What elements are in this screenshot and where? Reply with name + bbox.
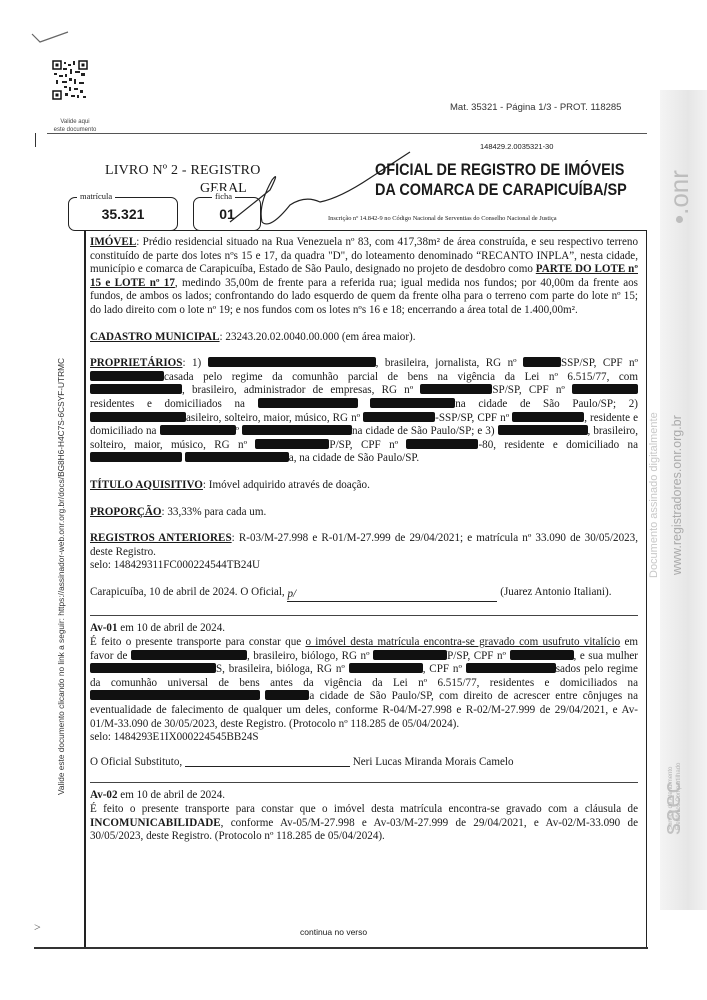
redaction	[90, 371, 164, 381]
section-text: SSP/SP, CPF nº	[561, 357, 638, 369]
watermark-url: www.registradores.onr.org.br	[670, 415, 684, 575]
redaction	[90, 663, 216, 673]
redaction	[523, 357, 561, 367]
section-text: residentes e domiciliados na	[90, 398, 258, 410]
redaction	[90, 690, 260, 700]
section-text: É feito o presente transporte para const…	[90, 636, 305, 648]
section-registros: REGISTROS ANTERIORES: R-03/M-27.998 e R-…	[90, 532, 638, 559]
redaction	[90, 384, 182, 394]
redaction	[160, 425, 236, 435]
entry-date: em 10 de abril de 2024.	[118, 622, 226, 634]
section-label: IMÓVEL	[90, 236, 136, 248]
redaction	[498, 425, 588, 435]
official-name: (Juarez Antonio Italiani).	[500, 586, 611, 598]
closing-text: Carapicuíba, 10 de abril de 2024. O Ofic…	[90, 586, 285, 598]
section-text: : 23243.20.02.0040.00.000 (em área maior…	[220, 331, 416, 343]
divider	[35, 133, 36, 147]
document-body: IMÓVEL: Prédio residencial situado na Ru…	[90, 236, 638, 844]
signer-label: O Oficial Substituto,	[90, 756, 182, 768]
section-text: S, brasileira, bióloga, RG nº	[216, 663, 349, 675]
per-procurationem: p/	[287, 588, 296, 600]
signer-name: Neri Lucas Miranda Morais Camelo	[353, 756, 514, 768]
section-label: PROPRIETÁRIOS	[90, 357, 182, 369]
section-text: : Imóvel adquirido através de doação.	[203, 479, 370, 491]
signature-line: p/	[287, 588, 497, 603]
redaction	[373, 650, 447, 660]
continued-overleaf-note: continua no verso	[300, 927, 367, 937]
redaction	[90, 412, 186, 422]
saec-subtitle: Eletrônico Compartilhado	[676, 763, 682, 830]
qr-code-icon[interactable]	[52, 60, 88, 100]
matricula-box: matrícula 35.321	[68, 197, 178, 231]
section-text: -SSP/SP, CPF nº	[435, 412, 512, 424]
entry-date: em 10 de abril de 2024.	[118, 789, 226, 801]
section-text: casada pelo regime da comunhão parcial d…	[164, 371, 638, 383]
section-text: asileiro, solteiro, maior, músico, RG nº	[186, 412, 363, 424]
qr-caption: Valide aqui este documento	[40, 118, 110, 134]
redaction	[420, 384, 492, 394]
frame-border	[34, 947, 648, 949]
redaction	[406, 439, 478, 449]
redaction	[242, 425, 352, 435]
qr-caption-line: Valide aqui	[40, 118, 110, 126]
entry-title: Av-02	[90, 789, 118, 801]
section-proporcao: PROPORÇÃO: 33,33% para cada um.	[90, 506, 638, 520]
section-text: , brasileiro, administrador de empresas,…	[182, 384, 420, 396]
redaction	[185, 452, 289, 462]
saec-subtitle: Serviço de Atendimento	[668, 767, 674, 830]
section-text: a, na cidade de São Paulo/SP.	[289, 452, 419, 464]
office-title: OFICIAL DE REGISTRO DE IMÓVEIS DA COMARC…	[375, 160, 630, 200]
page-header-reference: Mat. 35321 - Página 1/3 - PROT. 118285	[450, 102, 621, 113]
section-text: P/SP, CPF nº	[447, 650, 509, 662]
section-text: , brasileiro, biólogo, RG nº	[247, 650, 373, 662]
redaction	[131, 650, 247, 660]
registration-note: Inscrição nº 14.842-9 no Código Nacional…	[328, 215, 557, 222]
av02-body: É feito o presente transporte para const…	[90, 803, 638, 844]
redaction	[363, 412, 435, 422]
section-text: : 1)	[182, 357, 207, 369]
redaction	[349, 663, 423, 673]
redaction	[265, 690, 309, 700]
document-code: 148429.2.0035321-30	[480, 142, 553, 151]
av01-body: É feito o presente transporte para const…	[90, 636, 638, 731]
validation-link[interactable]: Valide este documento clicando no link a…	[56, 215, 66, 795]
av02-heading: Av-02 em 10 de abril de 2024.	[90, 789, 638, 803]
section-text: na cidade de São Paulo/SP; 2)	[455, 398, 638, 410]
section-cadastro: CADASTRO MUNICIPAL: 23243.20.02.0040.00.…	[90, 331, 638, 345]
entry-title: Av-01	[90, 622, 118, 634]
matricula-label: matrícula	[77, 191, 115, 201]
pen-scribble-mark	[30, 28, 70, 46]
section-proprietarios: PROPRIETÁRIOS: 1) , brasileira, jornalis…	[90, 357, 638, 466]
divider	[47, 133, 647, 134]
redaction	[370, 398, 455, 408]
selo: selo: 1484293E1IX000224545BB24S	[90, 731, 638, 745]
redaction	[512, 412, 584, 422]
redaction	[90, 452, 182, 462]
watermark-signed-text: Documento assinado digitalmente	[648, 412, 660, 578]
section-label: REGISTROS ANTERIORES	[90, 532, 232, 544]
section-text: -80, residente e domiciliado na	[478, 439, 638, 451]
section-text: º	[236, 425, 242, 437]
onr-logo: •.onr	[664, 170, 695, 224]
redaction	[510, 650, 574, 660]
frame-border	[84, 230, 86, 947]
office-title-line: OFICIAL DE REGISTRO DE IMÓVEIS	[375, 160, 630, 180]
redaction	[466, 663, 556, 673]
av01-heading: Av-01 em 10 de abril de 2024.	[90, 622, 638, 636]
section-text: : 33,33% para cada um.	[162, 506, 267, 518]
section-text: , brasileira, jornalista, RG nº	[376, 357, 523, 369]
selo: selo: 148429311FC000224544TB24U	[90, 559, 638, 573]
divider	[90, 615, 638, 616]
redaction	[258, 398, 358, 408]
section-text: P/SP, CPF nº	[329, 439, 406, 451]
section-text: SP/SP, CPF nº	[492, 384, 572, 396]
section-label: TÍTULO AQUISITIVO	[90, 479, 203, 491]
incommunicability-clause: INCOMUNICABILIDADE	[90, 817, 221, 829]
closing-signature: O Oficial Substituto, Neri Lucas Miranda…	[90, 756, 638, 770]
divider	[90, 782, 638, 783]
usufruct-clause: o imóvel desta matrícula encontra-se gra…	[305, 636, 620, 648]
signature-line	[185, 766, 350, 767]
section-text: , CPF nº	[423, 663, 466, 675]
redaction	[572, 384, 638, 394]
section-text: , e sua mulher	[574, 650, 638, 662]
redaction	[208, 357, 376, 367]
office-title-line: DA COMARCA DE CARAPICUÍBA/SP	[375, 180, 630, 200]
section-text: na cidade de São Paulo/SP; e 3)	[352, 425, 498, 437]
section-label: PROPORÇÃO	[90, 506, 162, 518]
section-text: É feito o presente transporte para const…	[90, 803, 638, 815]
section-label: CADASTRO MUNICIPAL	[90, 331, 220, 343]
section-titulo: TÍTULO AQUISITIVO: Imóvel adquirido atra…	[90, 479, 638, 493]
section-imovel: IMÓVEL: Prédio residencial situado na Ru…	[90, 236, 638, 318]
margin-mark: >	[34, 920, 41, 935]
closing-signature: Carapicuíba, 10 de abril de 2024. O Ofic…	[90, 586, 638, 603]
redaction	[255, 439, 329, 449]
matricula-value: 35.321	[69, 206, 177, 222]
